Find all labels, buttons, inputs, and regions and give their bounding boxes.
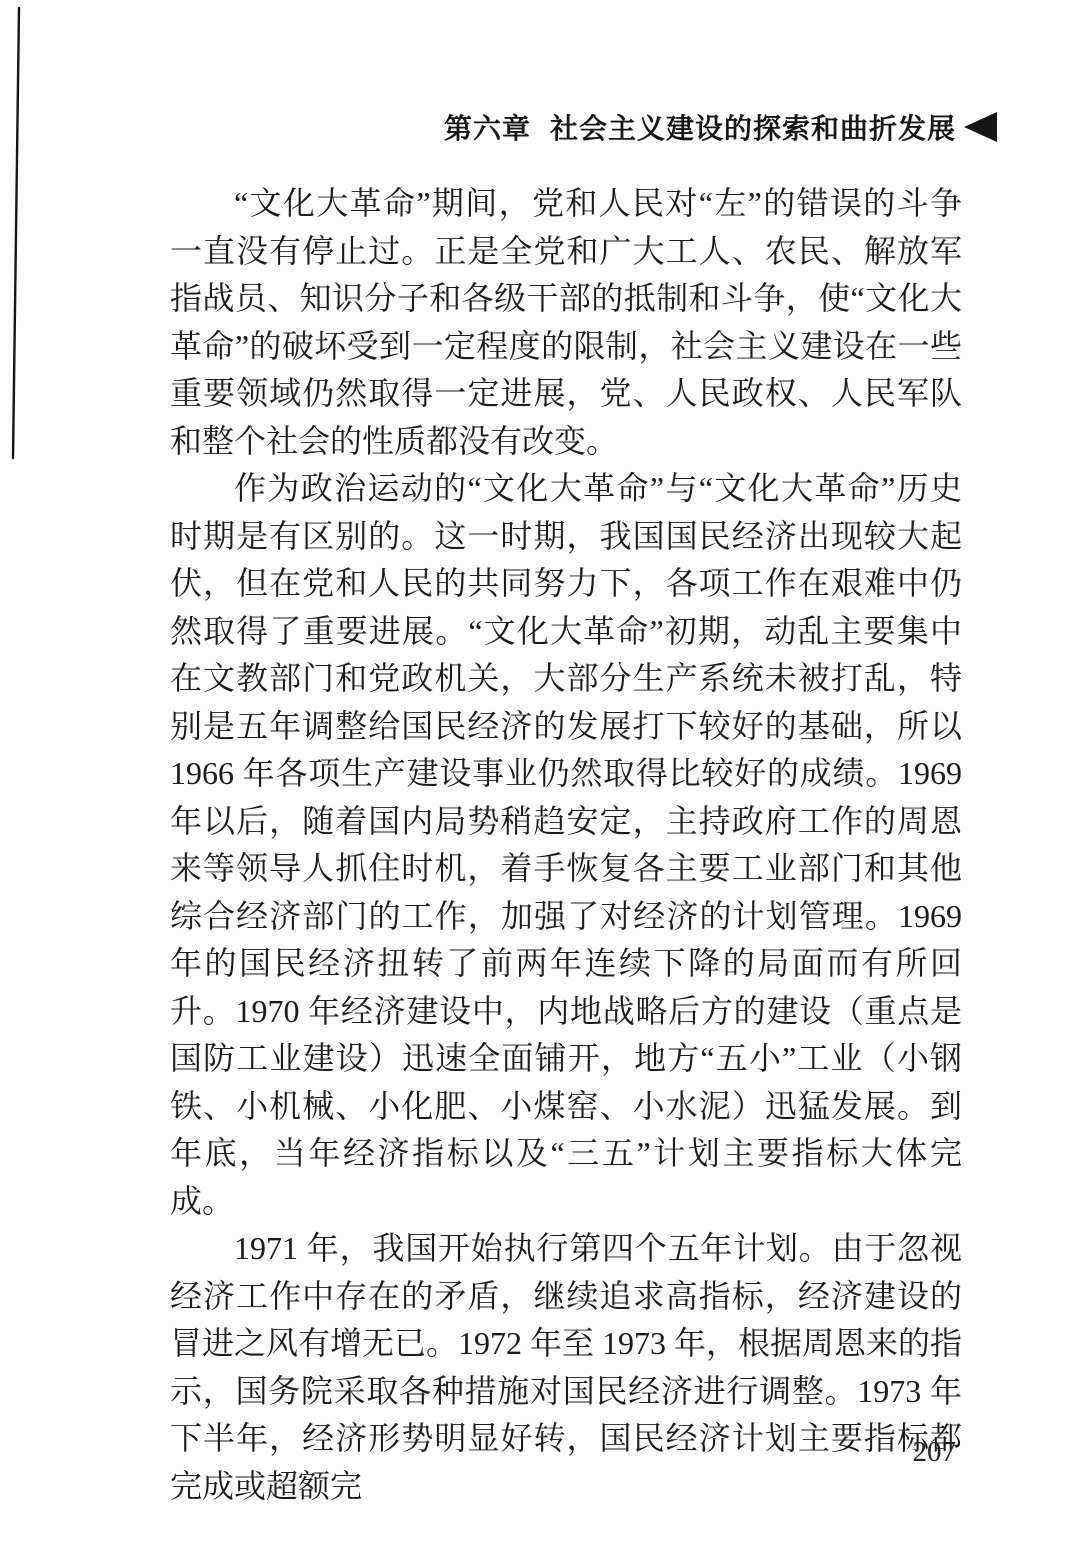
page-body-text: “文化大革命”期间，党和人民对“左”的错误的斗争一直没有停止过。正是全党和广大工…: [170, 180, 962, 1510]
chapter-title-label: 社会主义建设的探索和曲折发展: [550, 107, 956, 147]
paragraph: 作为政治运动的“文化大革命”与“文化大革命”历史时期是有区别的。这一时期，我国国…: [170, 465, 962, 1225]
chapter-number-label: 第六章: [444, 107, 531, 147]
page-edge-scan-artifact-line: [0, 0, 34, 470]
page-number: 207: [913, 1436, 957, 1468]
page-footer: 207: [170, 1436, 956, 1469]
running-header: 第六章 社会主义建设的探索和曲折发展: [444, 107, 997, 147]
left-triangle-icon: [964, 112, 997, 142]
paragraph: “文化大革命”期间，党和人民对“左”的错误的斗争一直没有停止过。正是全党和广大工…: [170, 180, 962, 465]
book-page-scan: 第六章 社会主义建设的探索和曲折发展 “文化大革命”期间，党和人民对“左”的错误…: [0, 0, 1080, 1546]
